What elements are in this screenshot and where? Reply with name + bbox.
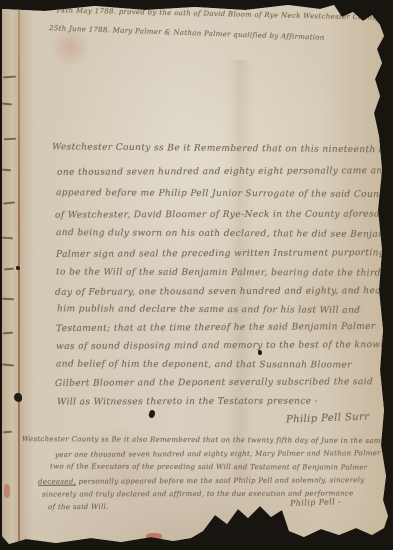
affirmation-line: sincerely and truly declared and affirme… <box>42 489 354 498</box>
probate-line: Will as Witnesses thereto in the Testato… <box>57 397 318 408</box>
probate-line: day of February, one thousand seven hund… <box>55 286 392 298</box>
underlined-word: deceased, <box>38 478 76 486</box>
filing-note-line-1: 14th May 1788. proved by the oath of Dav… <box>56 6 380 21</box>
probate-line: Gilbert Bloomer and the Deponent several… <box>55 377 373 389</box>
probate-line: of Westchester, David Bloomer of Rye-Nec… <box>55 209 389 220</box>
surrogate-signature: Philip Pell Surr <box>286 412 370 426</box>
affirmation-line-rest: personally appeared before me the said P… <box>76 476 364 486</box>
probate-line: to be the Will of the said Benjamin Palm… <box>56 267 381 278</box>
probate-line: Testament; that at the time thereof he t… <box>56 322 376 334</box>
probate-line: Palmer sign and seal the preceding writt… <box>56 248 385 260</box>
surrogate-signature-2: Philip Pell - <box>290 497 341 508</box>
probate-line: and belief of him the deponent, and that… <box>56 359 352 370</box>
affirmation-line: year one thousand seven hundred and eigh… <box>55 449 381 459</box>
photograph-background: 14th May 1788. proved by the oath of Dav… <box>0 0 393 550</box>
affirmation-line: deceased, personally appeared before me … <box>38 476 364 486</box>
probate-line: and being duly sworn on his oath declare… <box>56 228 393 240</box>
affirmation-line: of the said Will. <box>48 503 109 511</box>
probate-line: was of sound disposing mind and memory t… <box>56 340 393 352</box>
probate-line: appeared before me Philip Pell Junior Su… <box>56 188 389 200</box>
affirmation-line: Westchester County ss Be it also Remembe… <box>22 435 385 445</box>
probate-line: one thousand seven hundred and eighty ei… <box>57 166 389 178</box>
affirmation-line: two of the Executors of the preceding sa… <box>50 462 367 471</box>
filing-note-line-2: 25th June 1788. Mary Palmer & Nathan Pal… <box>49 24 325 42</box>
handwriting-layer: 14th May 1788. proved by the oath of Dav… <box>0 0 393 550</box>
probate-line: him publish and declare the same as and … <box>57 304 360 316</box>
probate-line: Westchester County ss Be it Remembered t… <box>52 142 393 155</box>
manuscript-page: 14th May 1788. proved by the oath of Dav… <box>0 0 393 550</box>
